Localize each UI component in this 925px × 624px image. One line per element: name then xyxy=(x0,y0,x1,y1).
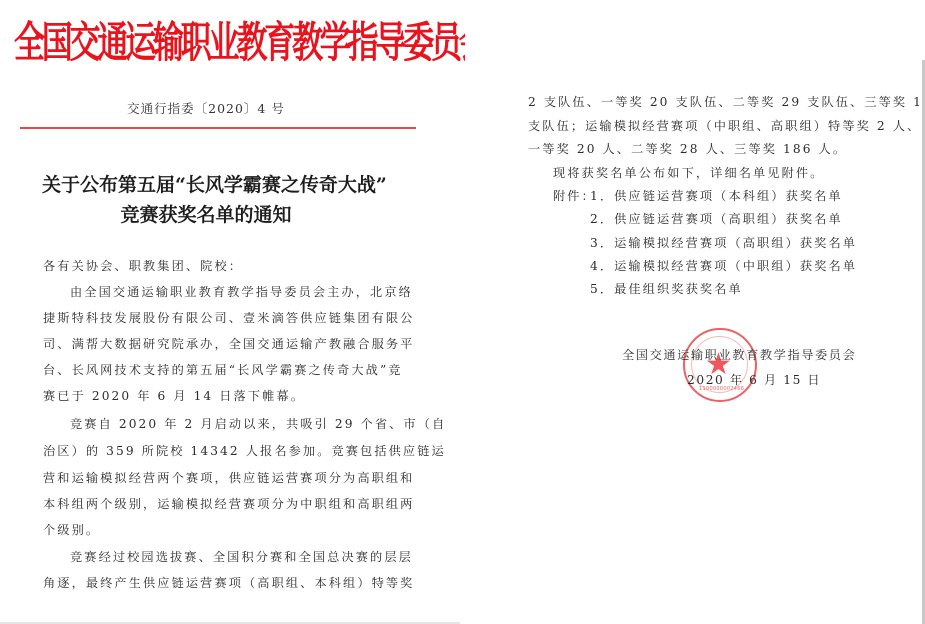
body-line: 支队伍；运输模拟经营赛项（中职组、高职组）特等奖 2 人、 xyxy=(528,118,921,134)
body-line: 营和运输模拟经营两个赛项，供应链运营赛项分为高职组和 xyxy=(43,470,414,486)
body-line: 由全国交通运输职业教育教学指导委员会主办，北京络 xyxy=(70,284,413,300)
body-line: 现将获奖名单公布如下，详细名单见附件。 xyxy=(553,165,824,181)
notice-title-line-1: 关于公布第五届“长风学霸赛之传奇大战” xyxy=(14,170,422,197)
body-line: 一等奖 20 人、二等奖 28 人、三等奖 186 人。 xyxy=(528,141,847,157)
document-page-left: 全国交通运输职业教育教学指导委员会文件 交通行指委〔2020〕4 号 关于公布第… xyxy=(0,0,460,624)
body-line: 司、满帮大数据研究院承办，全国交通运输产教融合服务平 xyxy=(43,336,414,352)
signature-date: 2020 年 6 月 15 日 xyxy=(687,372,821,388)
attachment-item: 4．运输模拟经营赛项（中职组）获奖名单 xyxy=(590,258,857,274)
body-line: 本科组两个级别，运输模拟经营赛项分为中职组和高职组两 xyxy=(43,496,414,512)
body-line: 治区）的 359 所院校 14342 人报名参加。竞赛包括供应链运 xyxy=(43,443,446,459)
body-line: 个级别。 xyxy=(43,522,100,538)
body-line: 捷斯特科技发展股份有限公司、壹米滴答供应链集团有限公 xyxy=(43,310,414,326)
signature-organization: 全国交通运输职业教育教学指导委员会 xyxy=(622,347,856,363)
body-line: 竞赛经过校园选拔赛、全国积分赛和全国总决赛的层层 xyxy=(70,549,413,565)
body-line: 角逐，最终产生供应链运营赛项（高职组、本科组）特等奖 xyxy=(43,575,414,591)
body-line: 赛已于 2020 年 6 月 14 日落下帷幕。 xyxy=(43,388,305,404)
body-line: 台、长风网技术支持的第五届“长风学霸赛之传奇大战”竞 xyxy=(43,362,403,378)
notice-title-line-2: 竞赛获奖名单的通知 xyxy=(0,200,412,227)
masthead-title: 全国交通运输职业教育教学指导委员会文件 xyxy=(14,3,414,83)
salutation: 各有关协会、职教集团、院校： xyxy=(43,258,243,274)
red-divider-line xyxy=(20,127,416,129)
body-line: 2 支队伍、一等奖 20 支队伍、二等奖 29 支队伍、三等奖 162 xyxy=(528,94,925,110)
document-page-right: 2 支队伍、一等奖 20 支队伍、二等奖 29 支队伍、三等奖 162 支队伍；… xyxy=(465,0,922,624)
attachment-item: 3．运输模拟经营赛项（高职组）获奖名单 xyxy=(590,235,857,251)
body-line: 竞赛自 2020 年 2 月启动以来，共吸引 29 个省、市（自 xyxy=(70,416,446,432)
official-seal: 交通运输职业教育教学指导委员会 ★ 1100000002466 xyxy=(683,328,757,402)
attachment-item: 1．供应链运营赛项（本科组）获奖名单 xyxy=(590,188,843,204)
document-number: 交通行指委〔2020〕4 号 xyxy=(0,99,412,117)
attachment-item: 2．供应链运营赛项（高职组）获奖名单 xyxy=(590,211,843,227)
attachment-item: 5．最佳组织奖获奖名单 xyxy=(590,281,743,297)
